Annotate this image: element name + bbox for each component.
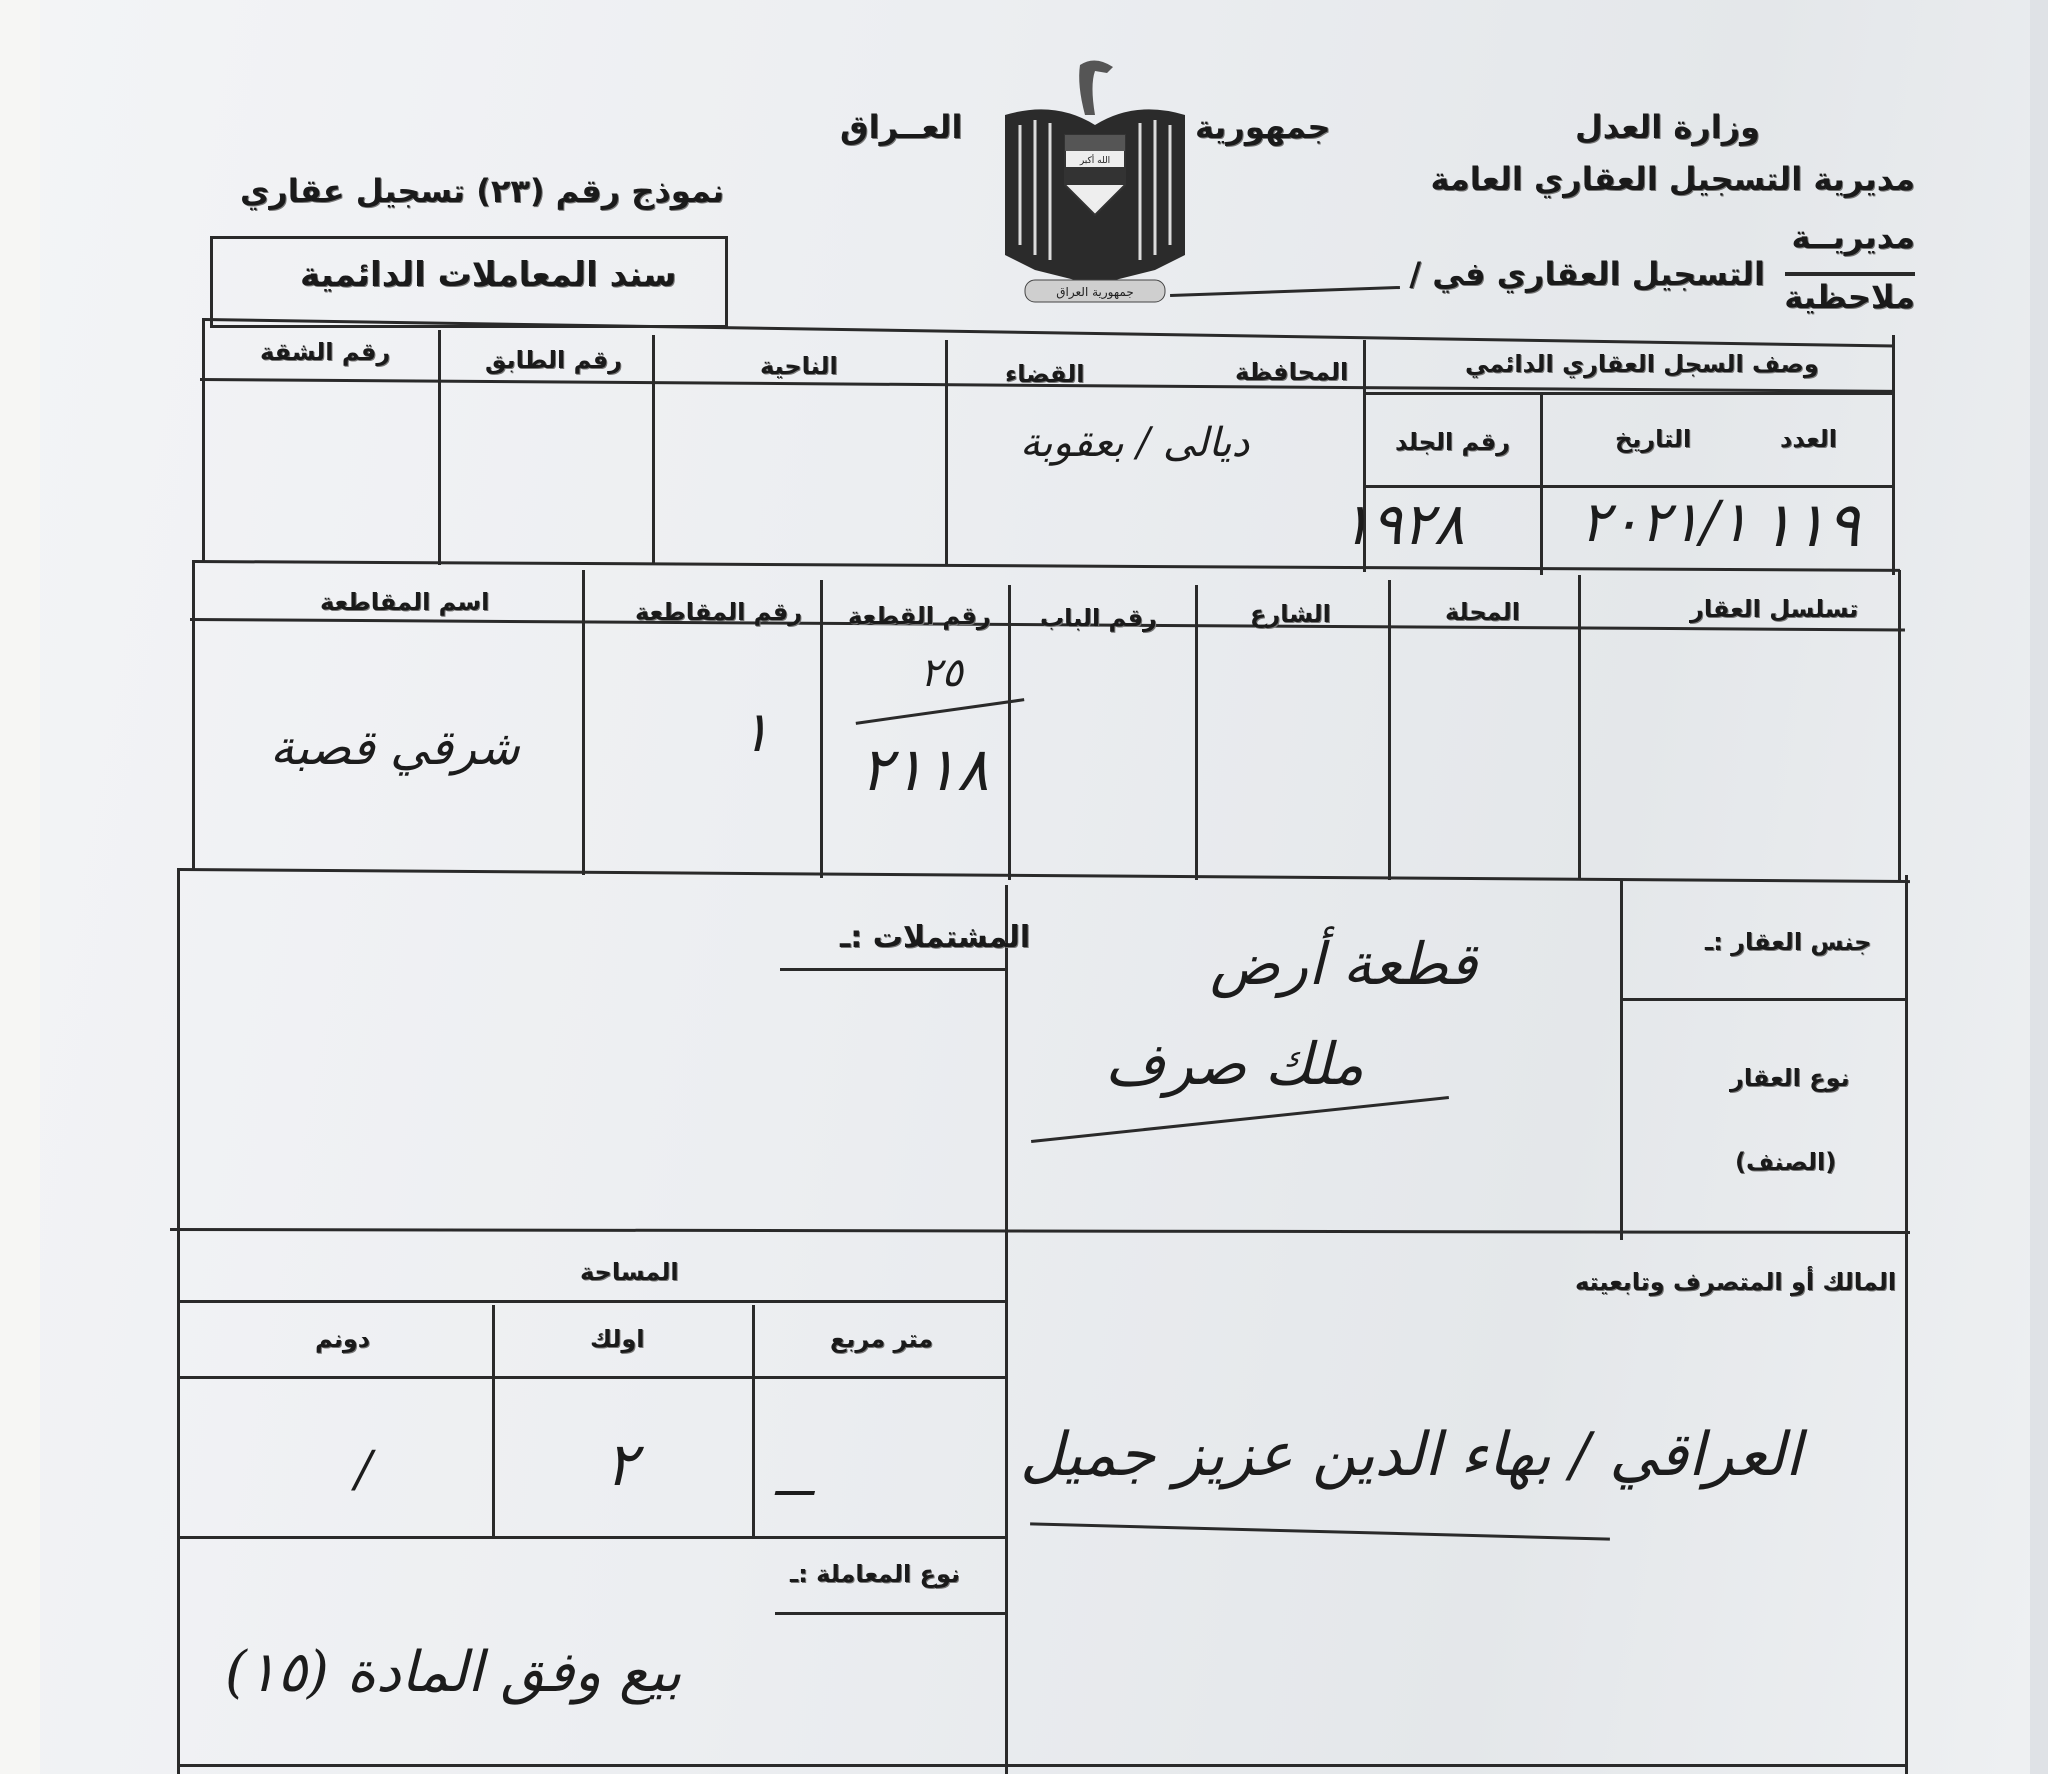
governorate-label: المحافظة	[1235, 358, 1348, 386]
sequence-label: تسلسل العقار	[1690, 595, 1858, 623]
plot-number-label: رقم القطعة	[848, 602, 991, 630]
grid-line	[177, 1536, 1007, 1539]
door-number-label: رقم الباب	[1040, 604, 1157, 632]
directorate-general: مديرية التسجيل العقاري العامة	[1431, 160, 1915, 198]
grid-line	[1892, 335, 1895, 575]
record-number-value: ١١٩	[1760, 488, 1860, 561]
grid-line	[438, 330, 441, 565]
donum-label: دونم	[315, 1325, 370, 1353]
district-name-value: شرقي قصبة	[270, 720, 520, 776]
donum-value: /	[355, 1440, 372, 1498]
number-label: العدد	[1780, 425, 1837, 453]
grid-line	[180, 868, 1910, 883]
iraq-word: العــراق	[840, 108, 962, 146]
owner-label: المالك أو المتصرف وتابعيته	[1575, 1268, 1896, 1296]
svg-text:الله أكبر: الله أكبر	[1079, 154, 1110, 166]
grid-line	[1008, 585, 1011, 880]
grid-line	[1578, 575, 1581, 880]
plot-number-top: ٢٥	[920, 650, 963, 696]
street-label: الشارع	[1250, 600, 1331, 628]
directorate-registry: التسجيل العقاري في /	[1409, 255, 1765, 293]
grid-line	[177, 1764, 1907, 1767]
date-value: ٢٠٢١/١	[1580, 490, 1749, 555]
form-title: سند المعاملات الدائمية	[300, 255, 677, 295]
locality-label: المحلة	[1445, 598, 1520, 626]
grid-line	[492, 1305, 495, 1537]
grid-line	[1905, 1240, 1908, 1774]
subdistrict-label: الناحية	[760, 352, 838, 380]
grid-line	[170, 1228, 1910, 1234]
svg-text:جمهورية العراق: جمهورية العراق	[1056, 285, 1134, 300]
handwritten-directorate-stroke	[1170, 286, 1400, 297]
note-label: ملاحظية	[1784, 278, 1915, 316]
grid-line	[195, 560, 1900, 572]
grid-line	[1388, 580, 1391, 880]
grid-line	[177, 1376, 1007, 1379]
grid-line	[205, 318, 1895, 348]
grid-line	[752, 1305, 755, 1537]
form-number: نموذج رقم (٢٣) تسجيل عقاري	[240, 172, 724, 210]
square-meter-value: ـــ	[775, 1455, 814, 1506]
grid-line	[177, 868, 180, 1774]
grid-line	[1620, 998, 1907, 1001]
grid-line	[192, 560, 195, 870]
grid-line	[1898, 570, 1901, 880]
grid-line	[1905, 875, 1908, 1245]
record-title: وصف السجل العقاري الدائمي	[1465, 350, 1819, 378]
square-meter-label: متر مربع	[830, 1325, 933, 1353]
olk-label: اولك	[590, 1325, 645, 1353]
grid-line	[1195, 585, 1198, 880]
contents-label: المشتملات :ـ	[840, 920, 1030, 955]
grid-line	[1620, 880, 1623, 1240]
area-label: المساحة	[580, 1258, 679, 1286]
floor-number-label: رقم الطابق	[485, 346, 622, 374]
district-label: القضاء	[1005, 360, 1084, 388]
property-kind-value: قطعة أرض	[1210, 930, 1477, 998]
date-label: التاريخ	[1615, 425, 1691, 453]
plot-number-bottom: ٢١١٨	[860, 735, 989, 805]
directorate-prefix: مديريــة	[1791, 218, 1915, 256]
republic-word: جمهورية	[1195, 108, 1331, 146]
volume-value: ١٩٢٨	[1340, 490, 1465, 558]
district-number-label: رقم المقاطعة	[635, 598, 802, 626]
paper-margin	[0, 0, 40, 1774]
olk-value: ٢	[605, 1430, 637, 1500]
registration-document: وزارة العدل مديرية التسجيل العقاري العام…	[40, 0, 2030, 1774]
transaction-underline	[775, 1612, 1007, 1615]
iraq-eagle-emblem-icon: الله أكبر جمهورية العراق	[995, 55, 1195, 315]
grid-line	[820, 580, 823, 878]
apartment-number-label: رقم الشقة	[260, 338, 390, 366]
grid-line	[1363, 392, 1893, 395]
grid-line	[582, 570, 585, 875]
transaction-type-value: بيع وفق المادة (١٥)	[225, 1640, 681, 1705]
grid-line	[202, 318, 205, 563]
plot-fraction-line	[856, 698, 1025, 725]
district-number-value: ١	[740, 700, 770, 765]
owner-underline	[1030, 1522, 1610, 1540]
owner-value: العراقي / بهاء الدين عزيز جميل	[1020, 1420, 1802, 1490]
grid-line	[1005, 1235, 1008, 1774]
property-kind-label: جنس العقار :ـ	[1705, 928, 1871, 956]
volume-label: رقم الجلد	[1395, 428, 1510, 456]
transaction-type-label: نوع المعاملة :ـ	[790, 1560, 960, 1588]
district-name-label: اسم المقاطعة	[320, 588, 489, 616]
fraction-divider	[1785, 272, 1915, 276]
ministry-name: وزارة العدل	[1575, 108, 1760, 146]
handwritten-underline	[1031, 1096, 1449, 1143]
grid-line	[652, 335, 655, 565]
property-type-label: نوع العقار	[1730, 1064, 1850, 1092]
grid-line	[945, 340, 948, 565]
category-label: (الصنف)	[1735, 1148, 1836, 1176]
contents-underline	[780, 968, 1008, 971]
grid-line	[177, 1300, 1007, 1303]
governorate-district-value: ديالى / بعقوبة	[1020, 420, 1249, 466]
property-ownership-value: ملك صرف	[1105, 1030, 1364, 1098]
